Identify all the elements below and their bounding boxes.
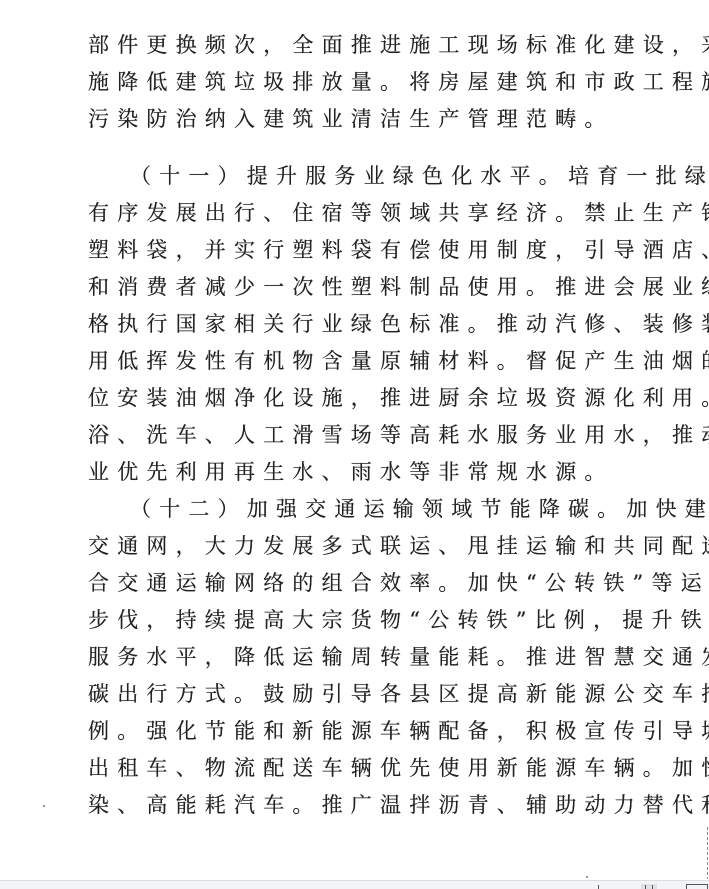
text-line: 污染防治纳入建筑业清洁生产管理范畴。 [88, 104, 620, 134]
button-glyph-icon [652, 885, 653, 889]
text-line: 步伐，持续提高大宗货物“公转铁”比例，提升铁路全程物流 [88, 605, 620, 635]
text-line: 部件更换频次，全面推进施工现场标准化建设，采取针对性措 [88, 30, 620, 60]
toolbar-button-page-icon[interactable] [686, 884, 708, 889]
button-glyph-icon [645, 885, 646, 889]
text-line: 服务水平，降低运输周转量能耗。推进智慧交通发展，推广低 [88, 642, 620, 672]
viewer-toolbar [0, 880, 709, 889]
text-line: 浴、洗车、人工滑雪场等高耗水服务业用水，推动高耗水服务 [88, 420, 620, 450]
text-line: 施降低建筑垃圾排放量。将房屋建筑和市政工程施工工地扬尘 [88, 67, 620, 97]
text-line: 例。强化节能和新能源车辆配备，积极宣传引导城市公交车、 [88, 716, 620, 746]
section-heading-12: （十二）加强交通运输领域节能降碳。加快建设综合立体 [130, 494, 662, 524]
text-line: 业优先利用再生水、雨水等非常规水源。 [88, 457, 620, 487]
text-line: 合交通运输网络的组合效率。加快“公转铁”等运输结构调整 [88, 568, 620, 598]
text-line: 位安装油烟净化设施，推进厨余垃圾资源化利用。从严控制洗 [88, 383, 620, 413]
text-line: 碳出行方式。鼓励引导各县区提高新能源公交车推广应用比 [88, 679, 620, 709]
scan-speck [586, 876, 588, 878]
text-line: 有序发展出行、住宿等领域共享经济。禁止生产销售使用超薄 [88, 198, 620, 228]
text-line: 染、高能耗汽车。推广温拌沥青、辅助动力替代和节能灯具等 [88, 790, 620, 820]
text-line: 交通网，大力发展多式联运、甩挂运输和共同配送等，提升综 [88, 531, 620, 561]
document-page: 部件更换频次，全面推进施工现场标准化建设，采取针对性措 施降低建筑垃圾排放量。将… [0, 0, 709, 880]
toolbar-separator [598, 885, 599, 889]
text-line: 塑料袋，并实行塑料袋有偿使用制度，引导酒店、餐饮从业者 [88, 235, 620, 265]
scrollbar-edge[interactable] [707, 827, 708, 879]
toolbar-button-selected[interactable] [641, 884, 657, 889]
text-line: 格执行国家相关行业绿色标准。推动汽修、装修装饰等行业使 [88, 309, 620, 339]
section-heading-11: （十一）提升服务业绿色化水平。培育一批绿色流通主体， [130, 161, 662, 191]
text-line: 出租车、物流配送车辆优先使用新能源车辆。加快淘汰高污 [88, 753, 620, 783]
scan-speck [43, 805, 45, 807]
text-line: 用低挥发性有机物含量原辅材料。督促产生油烟的餐饮服务单 [88, 346, 620, 376]
text-line: 和消费者减少一次性塑料制品使用。推进会展业绿色发展，严 [88, 272, 620, 302]
